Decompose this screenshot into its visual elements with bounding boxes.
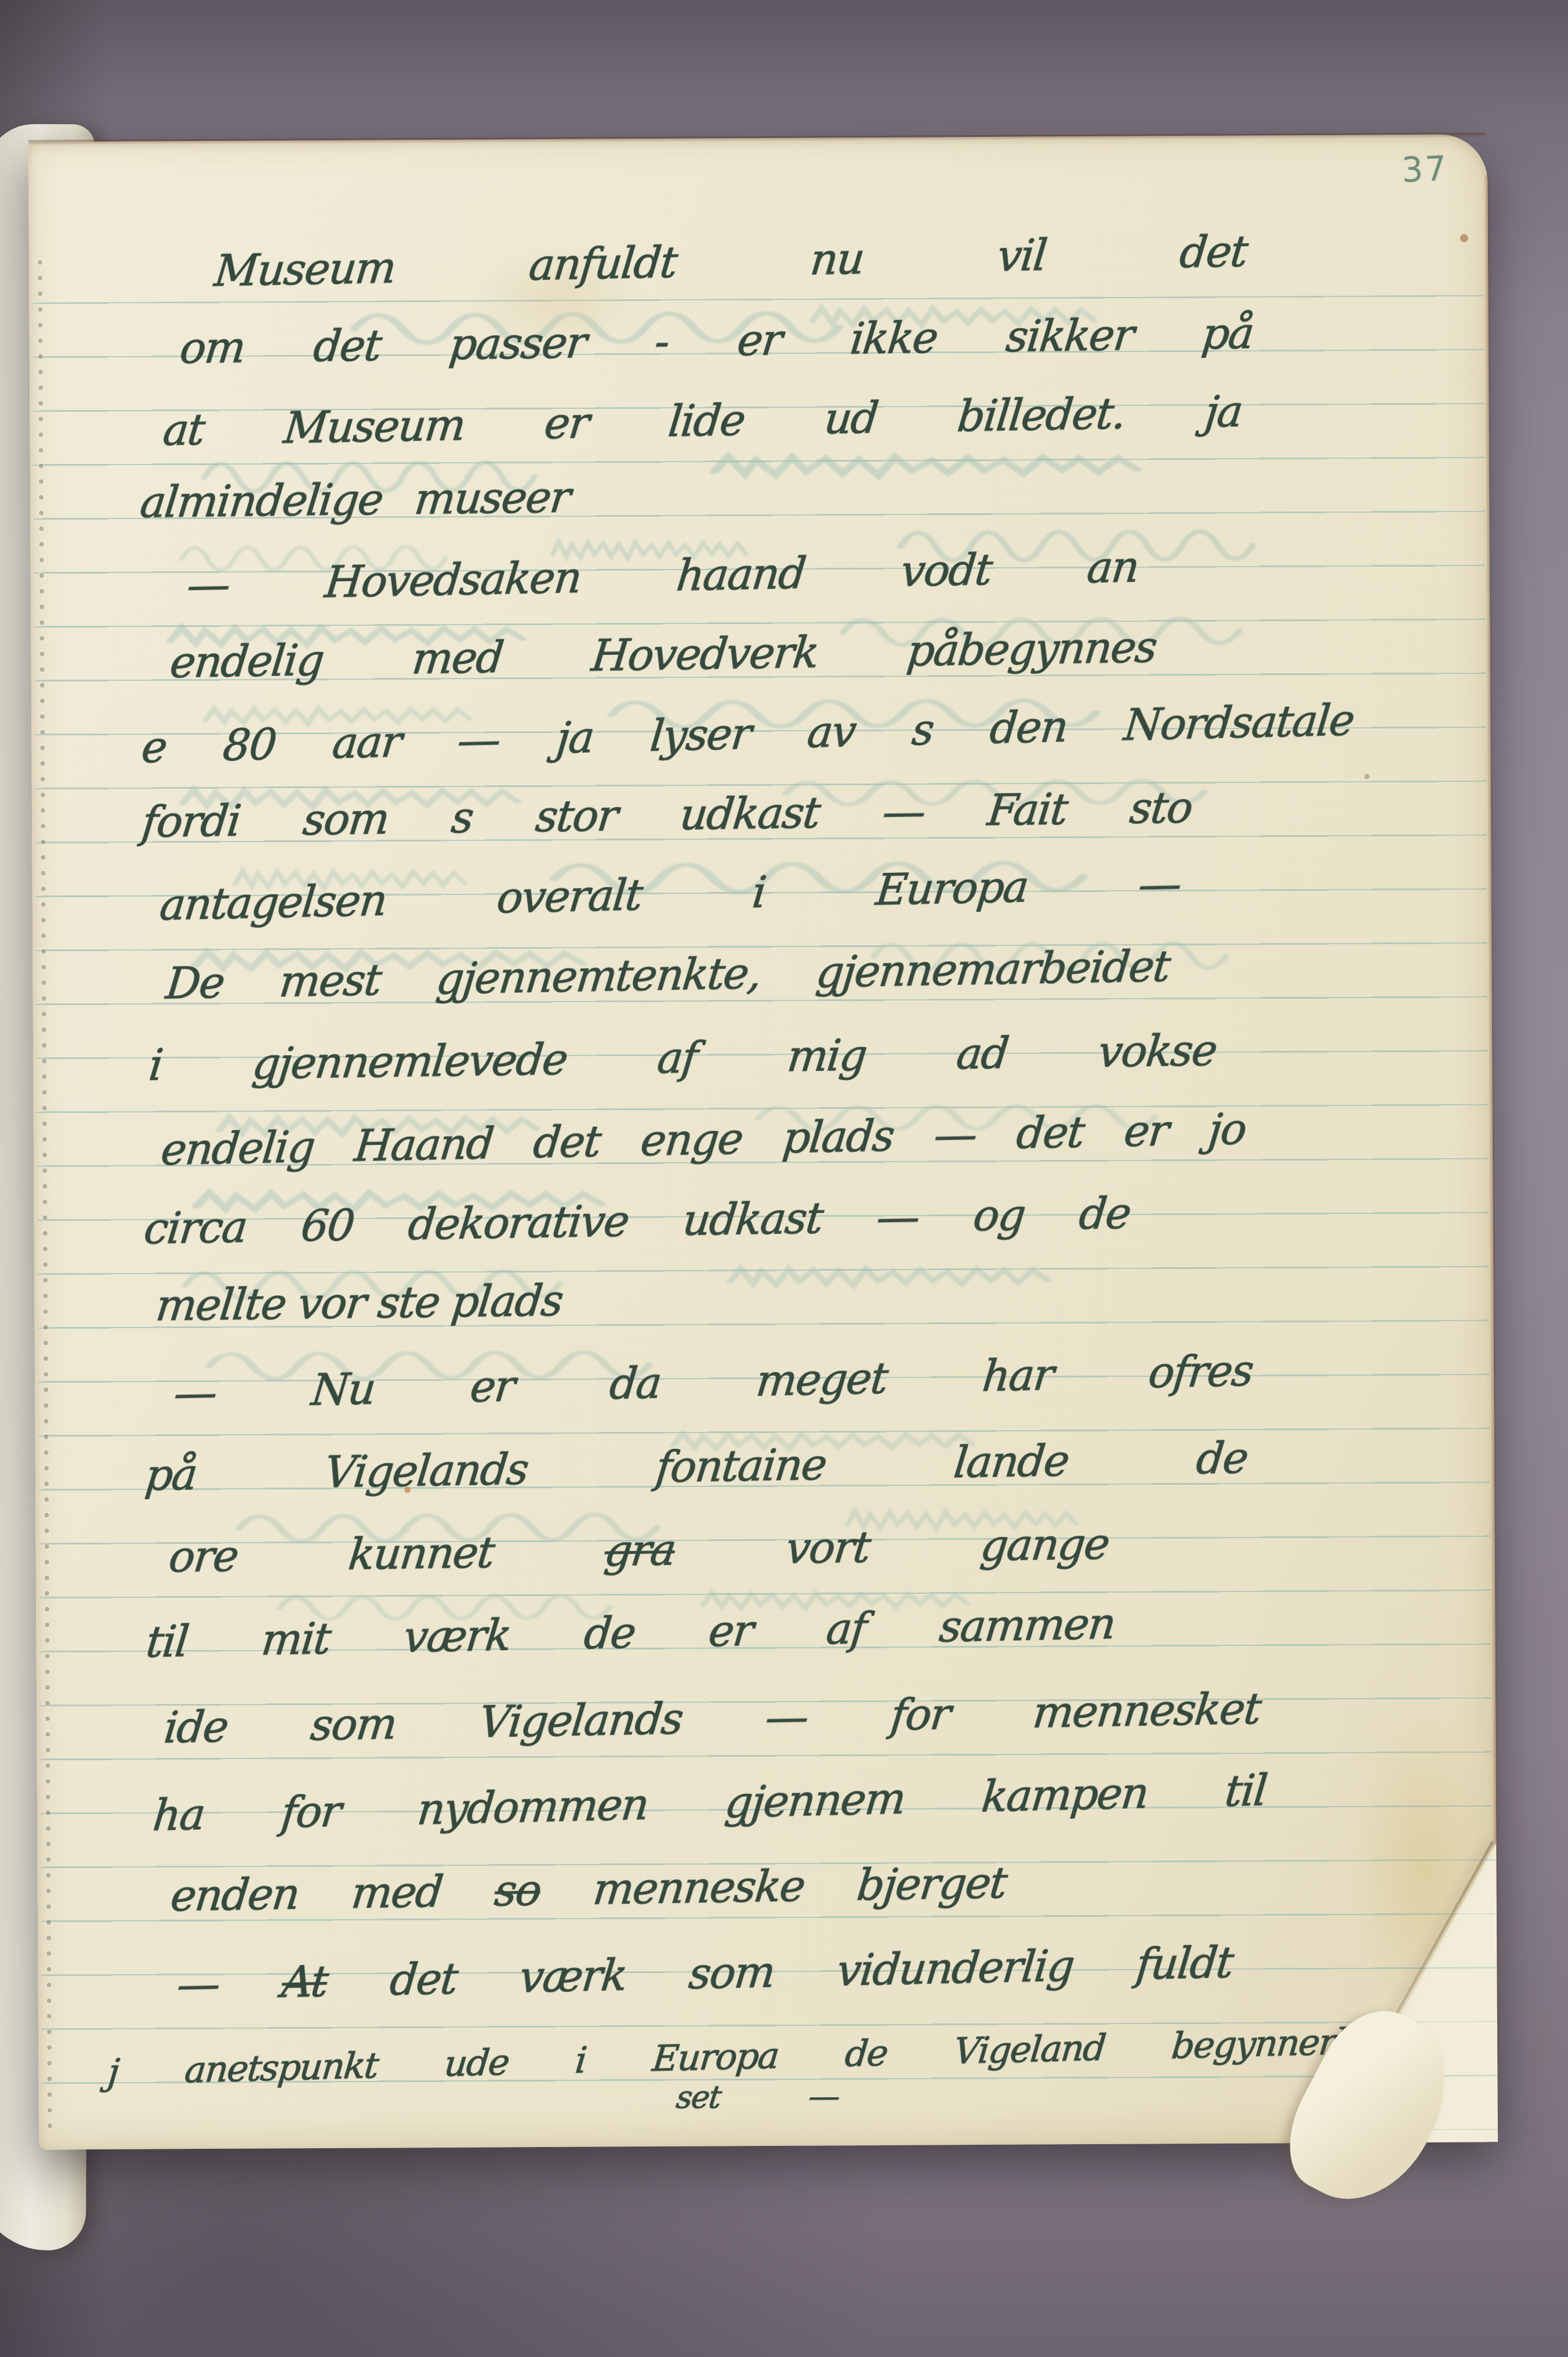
handwriting-line: i gjennemlevede af mig ad vokse: [147, 1029, 1218, 1089]
handwriting-line: fordi som s stor udkast — Fait sto: [140, 786, 1194, 846]
notebook-page: Museum anfuldt nu vil detom det passer -…: [28, 134, 1498, 2149]
handwriting-line: set —: [674, 2080, 841, 2114]
handwriting-line: mellte vor ste plads: [154, 1279, 565, 1329]
handwriting-line: e 80 aar — ja lyser av s den Nordsatale: [140, 698, 1356, 771]
handwriting-line: ide som Vigelands — for mennesket: [162, 1687, 1262, 1752]
handwriting-line: at Museum er lide ud billedet. ja: [161, 390, 1244, 454]
handwriting-line: — At det værk som vidunderlig fuldt: [175, 1941, 1235, 2008]
handwriting-line: Museum anfuldt nu vil det: [212, 230, 1249, 295]
handwriting-line: om det passer - er ikke sikker på: [178, 311, 1255, 372]
scanned-notebook-scene: { "document": { "kind_label": "handwritt…: [0, 0, 1568, 2357]
handwriting-line: — Hovedsaken haand vodt an: [185, 545, 1141, 608]
handwriting-layer: Museum anfuldt nu vil detom det passer -…: [28, 134, 1498, 2149]
handwriting-line: på Vigelands fontaine lande de: [143, 1437, 1250, 1499]
handwriting-line: til mit værk de er af sammen: [144, 1602, 1117, 1666]
handwriting-line: enden med so menneske bjerget: [169, 1861, 1008, 1919]
page-number: 37: [1401, 148, 1449, 190]
handwriting-line: De mest gjennemtenkte, gjennemarbeidet: [164, 945, 1172, 1007]
handwriting-line: — Nu er da meget har ofres: [172, 1349, 1255, 1417]
handwriting-line: antagelsen overalt i Europa —: [158, 862, 1183, 929]
handwriting-line: ore kunnet gra vort gange: [167, 1522, 1111, 1580]
handwriting-line: endelig med Hovedverk påbegynnes: [168, 625, 1159, 686]
handwriting-line: ha for nydommen gjennem kampen til: [151, 1769, 1268, 1839]
handwriting-line: endelig Haand det enge plads — det er jo: [159, 1108, 1248, 1174]
handwriting-line: almindelige museer: [138, 476, 572, 526]
handwriting-line: circa 60 dekorative udkast — og de: [142, 1192, 1133, 1253]
